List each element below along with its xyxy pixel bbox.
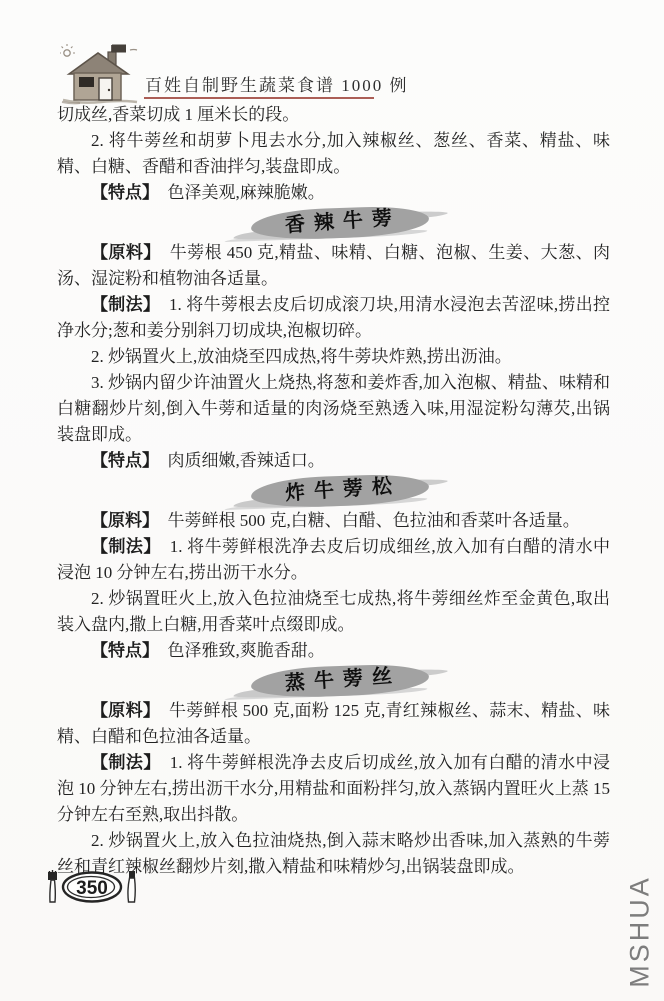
recipe-title-banner: 香辣牛蒡	[57, 207, 610, 239]
body-paragraph: 2. 将牛蒡丝和胡萝卜甩去水分,加入辣椒丝、葱丝、香菜、精盐、味精、白糖、香醋和…	[57, 128, 610, 180]
body-paragraph: 切成丝,香菜切成 1 厘米长的段。	[57, 102, 610, 128]
plate-icon: 350	[63, 873, 121, 902]
para-text: 2. 炒锅置旺火上,放入色拉油烧至七成热,将牛蒡细丝炸至金黄色,取出装入盘内,撒…	[57, 589, 610, 634]
recipe-title: 香辣牛蒡	[278, 205, 402, 239]
page-body: 切成丝,香菜切成 1 厘米长的段。 2. 将牛蒡丝和胡萝卜甩去水分,加入辣椒丝、…	[57, 102, 610, 880]
para-label: 【制法】	[91, 537, 170, 556]
body-paragraph: 2. 炒锅置旺火上,放入色拉油烧至七成热,将牛蒡细丝炸至金黄色,取出装入盘内,撒…	[57, 586, 610, 638]
body-paragraph: 【制法】 1. 将牛蒡鲜根洗净去皮后切成细丝,放入加有白醋的清水中浸泡 10 分…	[57, 534, 610, 586]
knife-icon	[128, 871, 135, 902]
recipe-title: 蒸牛蒡丝	[278, 663, 402, 697]
recipe-title-banner: 炸牛蒡松	[57, 475, 610, 507]
fork-icon	[48, 870, 57, 902]
body-paragraph: 【原料】 牛蒡鲜根 500 克,白糖、白醋、色拉油和香菜叶各适量。	[57, 508, 610, 534]
header-rule	[144, 97, 374, 99]
para-text: 切成丝,香菜切成 1 厘米长的段。	[57, 105, 299, 124]
para-text: 3. 炒锅内留少许油置火上烧热,将葱和姜炸香,加入泡椒、精盐、味精和白糖翻炒片刻…	[57, 373, 610, 444]
para-label: 【特点】	[91, 451, 168, 470]
body-paragraph: 【特点】 色泽美观,麻辣脆嫩。	[57, 180, 610, 206]
para-label: 【特点】	[91, 183, 168, 202]
para-label: 【原料】	[91, 701, 169, 720]
body-paragraph: 【特点】 肉质细嫩,香辣适口。	[57, 448, 610, 474]
para-text: 色泽雅致,爽脆香甜。	[168, 641, 325, 660]
body-paragraph: 【制法】 1. 将牛蒡根去皮后切成滚刀块,用清水浸泡去苦涩味,捞出控净水分;葱和…	[57, 292, 610, 344]
house-icon	[60, 44, 140, 106]
para-label: 【制法】	[91, 295, 169, 314]
brush-stroke: 蒸牛蒡丝	[255, 665, 425, 698]
body-paragraph: 3. 炒锅内留少许油置火上烧热,将葱和姜炸香,加入泡椒、精盐、味精和白糖翻炒片刻…	[57, 370, 610, 448]
page-number-plate: 350	[44, 868, 140, 908]
body-paragraph: 【原料】 牛蒡根 450 克,精盐、味精、白糖、泡椒、生姜、大葱、肉汤、湿淀粉和…	[57, 240, 610, 292]
book-title: 百姓自制野生蔬菜食谱 1000 例	[145, 71, 409, 96]
recipe-title: 炸牛蒡松	[278, 473, 402, 507]
body-paragraph: 2. 炒锅置火上,放油烧至四成热,将牛蒡块炸熟,捞出沥油。	[57, 344, 610, 370]
watermark-text: MSHUA	[625, 867, 656, 997]
body-paragraph: 【特点】 色泽雅致,爽脆香甜。	[57, 638, 610, 664]
para-label: 【制法】	[91, 753, 170, 772]
body-paragraph: 【制法】 1. 将牛蒡鲜根洗净去皮后切成丝,放入加有白醋的清水中浸泡 10 分钟…	[57, 750, 610, 828]
body-paragraph: 【原料】 牛蒡鲜根 500 克,面粉 125 克,青红辣椒丝、蒜末、精盐、味精、…	[57, 698, 610, 750]
para-label: 【原料】	[91, 511, 168, 530]
recipe-title-banner: 蒸牛蒡丝	[57, 665, 610, 697]
para-label: 【原料】	[91, 243, 170, 262]
para-text: 色泽美观,麻辣脆嫩。	[168, 183, 325, 202]
para-text: 2. 炒锅置火上,放油烧至四成热,将牛蒡块炸熟,捞出沥油。	[91, 347, 512, 366]
para-text: 牛蒡鲜根 500 克,白糖、白醋、色拉油和香菜叶各适量。	[168, 511, 580, 530]
para-text: 2. 将牛蒡丝和胡萝卜甩去水分,加入辣椒丝、葱丝、香菜、精盐、味精、白糖、香醋和…	[57, 131, 610, 176]
brush-stroke: 炸牛蒡松	[255, 475, 425, 508]
para-text: 肉质细嫩,香辣适口。	[168, 451, 325, 470]
brush-stroke: 香辣牛蒡	[255, 207, 425, 240]
page-number: 350	[76, 878, 108, 899]
book-page: 百姓自制野生蔬菜食谱 1000 例 切成丝,香菜切成 1 厘米长的段。 2. 将…	[0, 0, 664, 1001]
para-label: 【特点】	[91, 641, 168, 660]
